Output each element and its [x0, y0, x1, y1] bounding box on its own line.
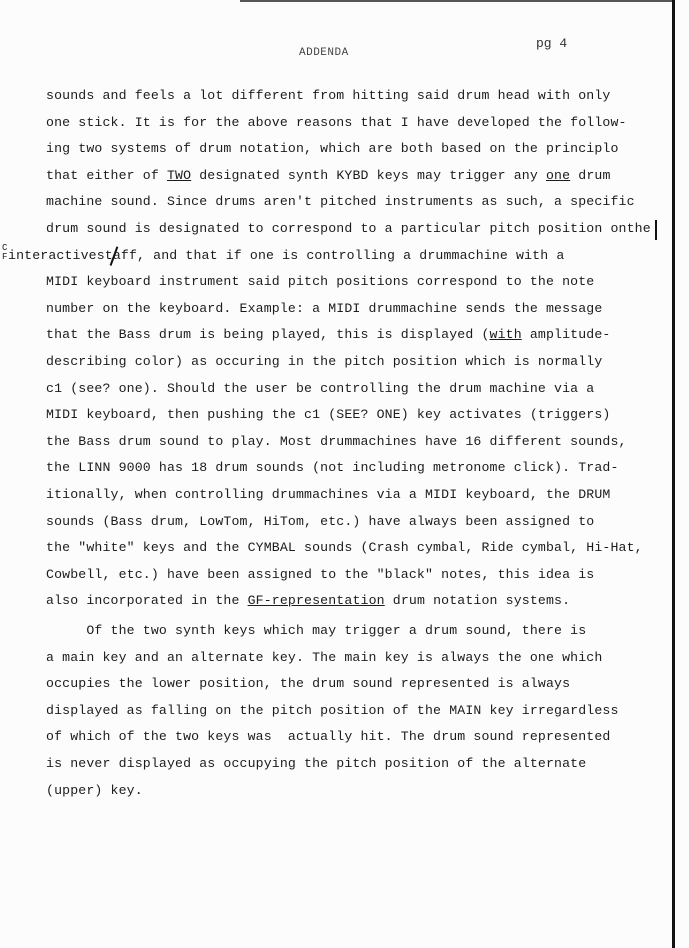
text-line: occupies the lower position, the drum so…	[46, 676, 570, 691]
text-line: one stick. It is for the above reasons t…	[46, 115, 627, 130]
text-line: of which of the two keys was actually hi…	[46, 729, 610, 744]
underlined-word: TWO	[167, 168, 191, 183]
page-right-edge	[672, 0, 675, 948]
text-line: number on the keyboard. Example: a MIDI …	[46, 301, 602, 316]
text-line: a main key and an alternate key. The mai…	[46, 650, 602, 665]
text-line: machine sound. Since drums aren't pitche…	[46, 194, 635, 209]
text-line: also incorporated in the GF-representati…	[46, 593, 570, 608]
text-line: the "white" keys and the CYMBAL sounds (…	[46, 540, 643, 555]
underlined-word: one	[546, 168, 570, 183]
underlined-word: with	[490, 327, 522, 342]
text-line: that either of TWO designated synth KYBD…	[46, 168, 611, 183]
text-line: Cowbell, etc.) have been assigned to the…	[46, 567, 594, 582]
scanned-page: ADDENDA pg 4 C F sounds and feels a lot …	[0, 0, 689, 948]
text-line: interactivestaff, and that if one is con…	[8, 248, 564, 263]
text-line: (upper) key.	[46, 783, 143, 798]
text-line: that the Bass drum is being played, this…	[46, 327, 610, 342]
text-line: c1 (see? one). Should the user be contro…	[46, 381, 594, 396]
page-number: pg 4	[536, 36, 567, 51]
text-line: is never displayed as occupying the pitc…	[46, 756, 586, 771]
text-line: sounds (Bass drum, LowTom, HiTom, etc.) …	[46, 514, 594, 529]
text-line: MIDI keyboard, then pushing the c1 (SEE?…	[46, 407, 610, 422]
underlined-word: GF-representation	[248, 593, 385, 608]
text-line: the Bass drum sound to play. Most drumma…	[46, 434, 627, 449]
text-line: MIDI keyboard instrument said pitch posi…	[46, 274, 594, 289]
handwritten-insert-mark	[655, 220, 657, 240]
text-line: describing color) as occuring in the pit…	[46, 354, 602, 369]
text-line: Of the two synth keys which may trigger …	[46, 623, 586, 638]
text-line: drum sound is designated to correspond t…	[46, 221, 651, 236]
text-line: the LINN 9000 has 18 drum sounds (not in…	[46, 460, 619, 475]
page-header-title: ADDENDA	[299, 47, 349, 59]
text-line: sounds and feels a lot different from hi…	[46, 88, 610, 103]
margin-annotation: C F	[2, 244, 7, 262]
margin-annotation-bottom: F	[2, 253, 7, 262]
page-top-edge	[240, 0, 675, 2]
text-line: displayed as falling on the pitch positi…	[46, 703, 619, 718]
text-line: ing two systems of drum notation, which …	[46, 141, 619, 156]
text-line: itionally, when controlling drummachines…	[46, 487, 610, 502]
